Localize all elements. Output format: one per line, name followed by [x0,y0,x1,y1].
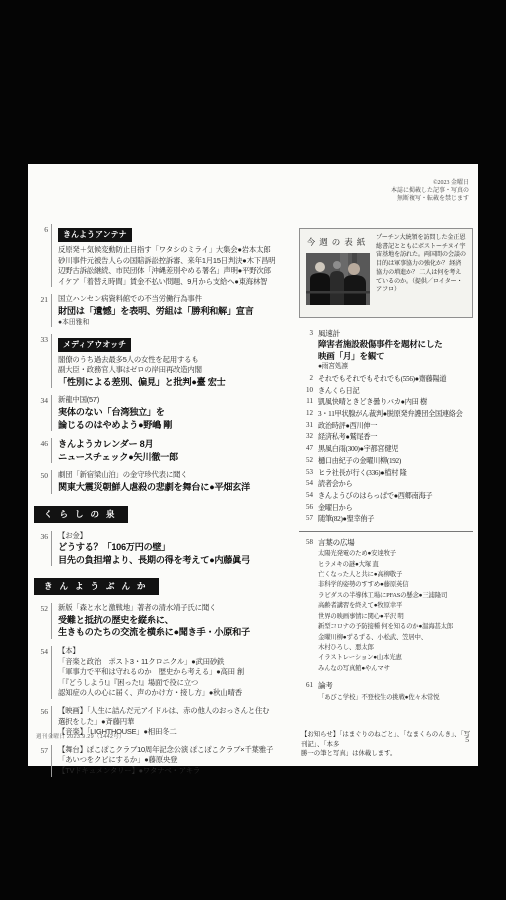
page-number-label: 34 [34,395,51,431]
entry-author: ●本田雅和 [58,318,298,327]
toc-entry: 2 それでもそれでもそれでも(556)●齋藤陽道 [299,374,473,384]
entry-line: 認知症の人の心に届く、声のかけ方・接し方」●秋山晴香 [58,688,298,699]
letter-item: 金曜川柳●ずるずる、小松武、笠居中、 [318,633,473,642]
cover-of-the-week-box: 今週の表紙 プーチン大統領を訪問し [299,228,473,318]
entry-title: きんようびのはらっぱで●西郷南海子 [318,491,473,501]
ronko-item: 「あびこ学校」不登校生の挑戦●佐々木常悦 [318,693,473,702]
entry-title: きんくら日記 [318,386,473,396]
entry-title: 論じるのはやめよう●野嶋 剛 [58,419,298,432]
toc-entry: 46 きんようカレンダー 8月 ニュースチェック●矢川徹一郎 [34,438,298,463]
letter-item: 太陽光発電のため●安達牧子 [318,549,473,558]
section-bar-kurashi-no-izumi: くらしの泉 [34,506,128,523]
page-number-label: 21 [34,294,51,326]
toc-entry: 56 金曜日から [299,503,473,513]
entry-kicker: 新龍中国(57) [58,395,298,406]
notice-line: 勝一の筆と写真」は休載します。 [301,749,473,759]
entry-line: 「『どうしよう!』『困った!』場面で役に立つ [58,678,298,689]
toc-entry: 54 読者会から [299,479,473,489]
section-bar-kinyou-bunka: きんようぶんか [34,578,159,595]
toc-entry: 54 きんようびのはらっぱで●西郷南海子 [299,491,473,501]
page-number-label: 53 [299,468,318,478]
toc-entry: 12 3・11甲状腺がん裁判●脱原発弁護団全国連絡会 [299,409,473,419]
cover-photo [306,253,370,305]
entry-title: 凱風快晴ときどき曇りバカ●内田 樹 [318,397,473,407]
page-number-label: 46 [34,438,51,463]
entry-line: 反原発＋気候変動防止目指す「ワタシのミライ」大集会●岩本太郎 [58,245,298,256]
entry-kicker: 閣僚のうち過去最多5人の女性を起用するも [58,355,298,366]
page-number-label: 12 [299,409,318,419]
entry-kicker: 国立ハンセン病資料館での不当労働行為事件 [58,294,298,305]
entry-title: 金曜日から [318,503,473,513]
putin-kim-photo-illustration [306,253,370,305]
toc-entry: 6 きんようアンテナ 反原発＋気候変動防止目指す「ワタシのミライ」大集会●岩本太… [34,224,298,287]
page-number-label: 54 [299,479,318,489]
cover-caption: プーチン大統領を訪問した金正恩総書記とともにボストーチヌイ宇宙基地を訪れた。両国… [376,234,466,312]
copyright-line: 本誌に掲載した記事・写真の [391,187,469,195]
entry-title: 実体のない「台湾独立」を [58,406,298,419]
toc-entry: 57 【舞台】ぽこぽこクラブ10周年記念公演 ぽこぽこクラブ×千葉雅子 「あいつ… [34,745,298,777]
section-badge-kinyou-antenna: きんようアンテナ [58,228,132,242]
entry-line: 選択をした」●斉藤円華 [58,717,298,728]
page-number-label: 52 [299,456,318,466]
notice-line: 【お知らせ】「はまぐりのねごと」、「なまくらのんき」、「写刊記」、「本多 [301,730,473,749]
letter-item: ラピダスの半導体工場にPFASの懸念●三浦隆司 [318,591,473,600]
entry-line: 【本】 [58,646,298,657]
entry-title: 3・11甲状腺がん裁判●脱原発弁護団全国連絡会 [318,409,473,419]
toc-entry: 11 凱風快晴ときどき曇りバカ●内田 樹 [299,397,473,407]
entry-title: ニュースチェック●矢川徹一郎 [58,451,298,464]
entry-line: 【舞台】ぽこぽこクラブ10周年記念公演 ぽこぽこクラブ×千葉雅子 [58,745,298,756]
page-number-label: 50 [34,470,51,493]
toc-entry: 54 【本】 「音楽と政治 ポスト3・11クロニクル」●武田砂鉄 「軍事力で平和… [34,646,298,699]
page-number-label: 57 [299,514,318,524]
toc-entry-kotoba-no-hiroba: 58 言葉の広場 [299,538,473,548]
page-number-label: 31 [299,421,318,431]
copyright-notice: ©2023 金曜日 本誌に掲載した記事・写真の 無断複写・転載を禁じます [391,179,469,203]
toc-entry: 36 【お金】 どうする？「106万円の壁」 目先の負担増より、長期の得を考えて… [34,531,298,567]
toc-entry: 21 国立ハンセン病資料館での不当労働行為事件 財団は「遺憾」を表明、労組は「勝… [34,294,298,326]
toc-left-column: 6 きんようアンテナ 反原発＋気候変動防止目指す「ワタシのミライ」大集会●岩本太… [34,224,298,784]
magazine-toc-page: ©2023 金曜日 本誌に掲載した記事・写真の 無断複写・転載を禁じます 6 き… [28,164,478,766]
toc-entry: 32 経済私考●鷲尾香一 [299,432,473,442]
entry-kicker: 副大臣・政務官人事はゼロの岸田再改造内閣 [58,365,298,376]
toc-entry: 50 劇団「新宿梁山泊」の金守珍代表に聞く 関東大震災朝鮮人虐殺の悲劇を舞台に●… [34,470,298,493]
entry-title: 受難と抵抗の歴史を縦糸に、 [58,614,298,627]
screen: { "page": { "copyright_l1": "©2023 金曜日",… [0,0,506,900]
page-number-label: 2 [299,374,318,384]
page-number-label: 32 [299,432,318,442]
toc-entry: 53 ヒラ社長が行く(336)●植村 隆 [299,468,473,478]
entry-line: イケア「着替え時間」賃金不払い問題、9月から支給へ●東海林智 [58,277,298,288]
page-number-label: 57 [34,745,51,777]
page-number-label: 61 [299,681,318,691]
entry-title: 政治時評●西川伸一 [318,421,473,431]
toc-entry: 33 メディアウオッチ 閣僚のうち過去最多5人の女性を起用するも 副大臣・政務官… [34,334,298,389]
entry-title: 随筆(82)●聖幸侑子 [318,514,473,524]
toc-entry: 52 樋口由紀子の金曜川柳(192) [299,456,473,466]
toc-right-column: 今週の表紙 プーチン大統領を訪問し [299,228,473,759]
toc-entry: 34 新龍中国(57) 実体のない「台湾独立」を 論じるのはやめよう●野嶋 剛 [34,395,298,431]
entry-title: ヒラ社長が行く(336)●植村 隆 [318,468,473,478]
entry-line: 【TVドキュメンタリー】●ワタナベ・アキラ [58,766,298,777]
entry-title: 障害者施設殺傷事件を題材にした [318,339,473,351]
entry-title: どうする？「106万円の壁」 [58,541,298,554]
page-number-label: 47 [299,444,318,454]
entry-title: 財団は「遺憾」を表明、労組は「勝利和解」宣言 [58,305,298,318]
toc-entry: 10 きんくら日記 [299,386,473,396]
cover-box-title: 今週の表紙 [306,236,370,248]
toc-entry: 31 政治時評●西川伸一 [299,421,473,431]
entry-title: きんようカレンダー 8月 [58,438,298,451]
entry-title: 読者会から [318,479,473,489]
entry-kicker: 劇団「新宿梁山泊」の金守珍代表に聞く [58,470,298,481]
page-number-label: 33 [34,334,51,389]
letter-item: ヒラメキの謎●大塚 直 [318,560,473,569]
letter-item: 新型コロナの予防接種 何を知るのか●温海甚太郎 [318,622,473,631]
entry-kicker: 新版「森と水と激戦地」著者の清水靖子氏に聞く [58,603,298,614]
section-title: 言葉の広場 [318,538,473,548]
issue-footer: 週刊金曜日 2023.9.29（1442号） [36,732,125,740]
entry-title: 生きものたちの交流を横糸に●聞き手・小原和子 [58,626,298,639]
entry-title: 目先の負担増より、長期の得を考えて●内藤眞弓 [58,554,298,567]
entry-kicker: 【お金】 [58,531,298,542]
entry-line: 砂川事件元被告人らの国賠訴訟控訴審、来年1月15日判決●木下昌明 [58,256,298,267]
entry-title: 経済私考●鷲尾香一 [318,432,473,442]
letter-item: 世界の映画事情に関心●平沢 明 [318,612,473,621]
page-number-label: 36 [34,531,51,567]
page-number-label: 52 [34,603,51,639]
entry-line: 「音楽と政治 ポスト3・11クロニクル」●武田砂鉄 [58,657,298,668]
publication-notice: 【お知らせ】「はまぐりのねごと」、「なまくらのんき」、「写刊記」、「本多 勝一の… [301,730,473,759]
entry-title: 樋口由紀子の金曜川柳(192) [318,456,473,466]
entry-title: それでもそれでもそれでも(556)●齋藤陽道 [318,374,473,384]
toc-entry-ronko: 61 論考 [299,681,473,691]
page-number-label: 54 [34,646,51,699]
folio-page-number: 5 [465,735,469,744]
page-number-label: 3 [299,329,318,372]
toc-entry: 3 風速計 障害者施設殺傷事件を題材にした 映画「月」を観て ●雨宮処凛 [299,329,473,372]
entry-title: 映画「月」を観て [318,351,473,363]
page-number-label: 54 [299,491,318,501]
toc-entry: 57 随筆(82)●聖幸侑子 [299,514,473,524]
divider [299,531,473,532]
page-number-label: 58 [299,538,318,548]
copyright-line: ©2023 金曜日 [391,179,469,187]
section-title: 論考 [318,681,473,691]
letter-item: イラストレーション●山本光恵 [318,653,473,662]
page-number-label: 11 [299,397,318,407]
entry-line: 「軍事力で平和は守れるのか 歴史から考える」●高田 創 [58,667,298,678]
entry-line: 「あいつをクビにするか」●藤原央登 [58,755,298,766]
letter-item: みんなの写真館●やんマサ [318,664,473,673]
letter-item: 亡くなった人と共に●高柳敬子 [318,570,473,579]
toc-entry: 52 新版「森と水と激戦地」著者の清水靖子氏に聞く 受難と抵抗の歴史を縦糸に、 … [34,603,298,639]
toc-entry: 47 黒風白雨(300)●宇都宮健児 [299,444,473,454]
section-badge-media-watch: メディアウオッチ [58,338,131,352]
letter-item: 高齢者講習を終えて●牧原幸平 [318,601,473,610]
entry-title: 「性別による差別、偏見」と批判●臺 宏士 [58,376,298,389]
entry-title: 関東大震災朝鮮人虐殺の悲劇を舞台に●平畑玄洋 [58,481,298,494]
column-name: 風速計 [318,329,473,339]
page-number-label: 6 [34,224,51,287]
entry-title: 黒風白雨(300)●宇都宮健児 [318,444,473,454]
letter-item: 木村ひろし、悪太郎 [318,643,473,652]
letter-item: 非科学的姿勢のすすめ●藤原英信 [318,580,473,589]
page-number-label: 10 [299,386,318,396]
entry-line: 【映画】「人生に詰んだ元アイドルは、赤の他人のおっさんと住む [58,706,298,717]
entry-author: ●雨宮処凛 [318,362,473,372]
copyright-line: 無断複写・転載を禁じます [391,195,469,203]
page-number-label: 56 [299,503,318,513]
entry-line: 辺野古訴訟継続、市民団体「沖縄差別やめる署名」声明●平野次郎 [58,266,298,277]
